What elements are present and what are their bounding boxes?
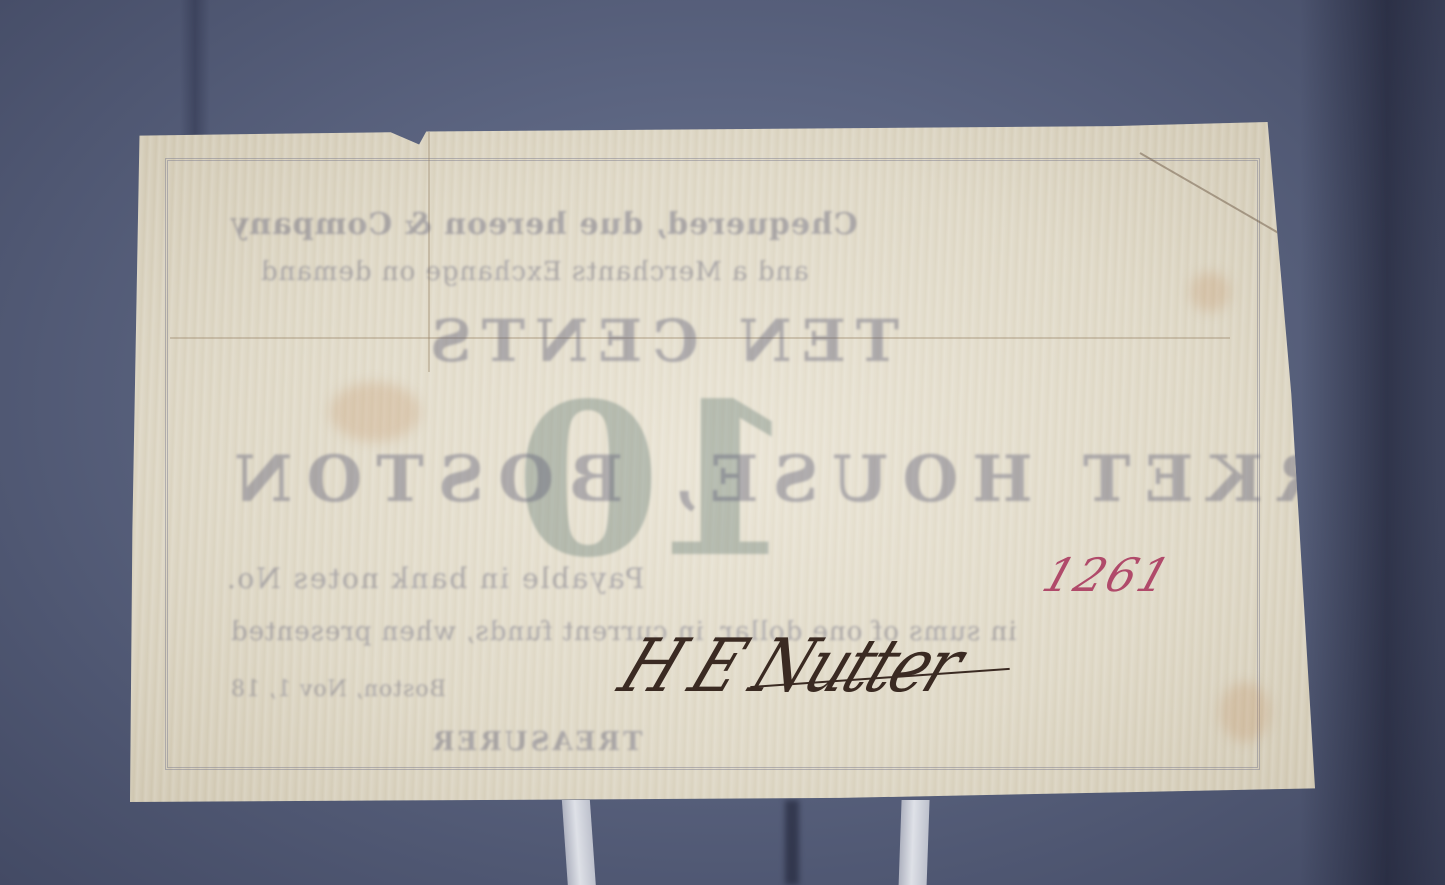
backdrop-shadow-right [1300, 0, 1445, 885]
banknote: Chequered, due hereon & Company and a Me… [130, 122, 1315, 802]
bleed-text-line2: and a Merchants Exchange on demand [260, 257, 809, 287]
bleed-text-location: MARKET HOUSE, BOSTON [220, 442, 1445, 517]
display-stand-leg-left [562, 800, 596, 885]
bleed-text-line5: Payable in bank notes No. [225, 562, 644, 595]
signature: H E Nutter [608, 624, 973, 709]
display-stand-shadow [785, 800, 799, 885]
backdrop-shadow-left [180, 0, 210, 140]
stain [1220, 682, 1270, 742]
stain [330, 382, 420, 442]
stain [1190, 272, 1230, 312]
display-stand-leg-right [898, 800, 929, 885]
serial-number: 1261 [1036, 548, 1179, 602]
bleed-text-line8: TREASURER [430, 727, 642, 757]
bleed-text-line1: Chequered, due hereon & Company [230, 207, 858, 242]
bleed-text-line7: Boston, Nov 1, 18 [230, 677, 446, 702]
